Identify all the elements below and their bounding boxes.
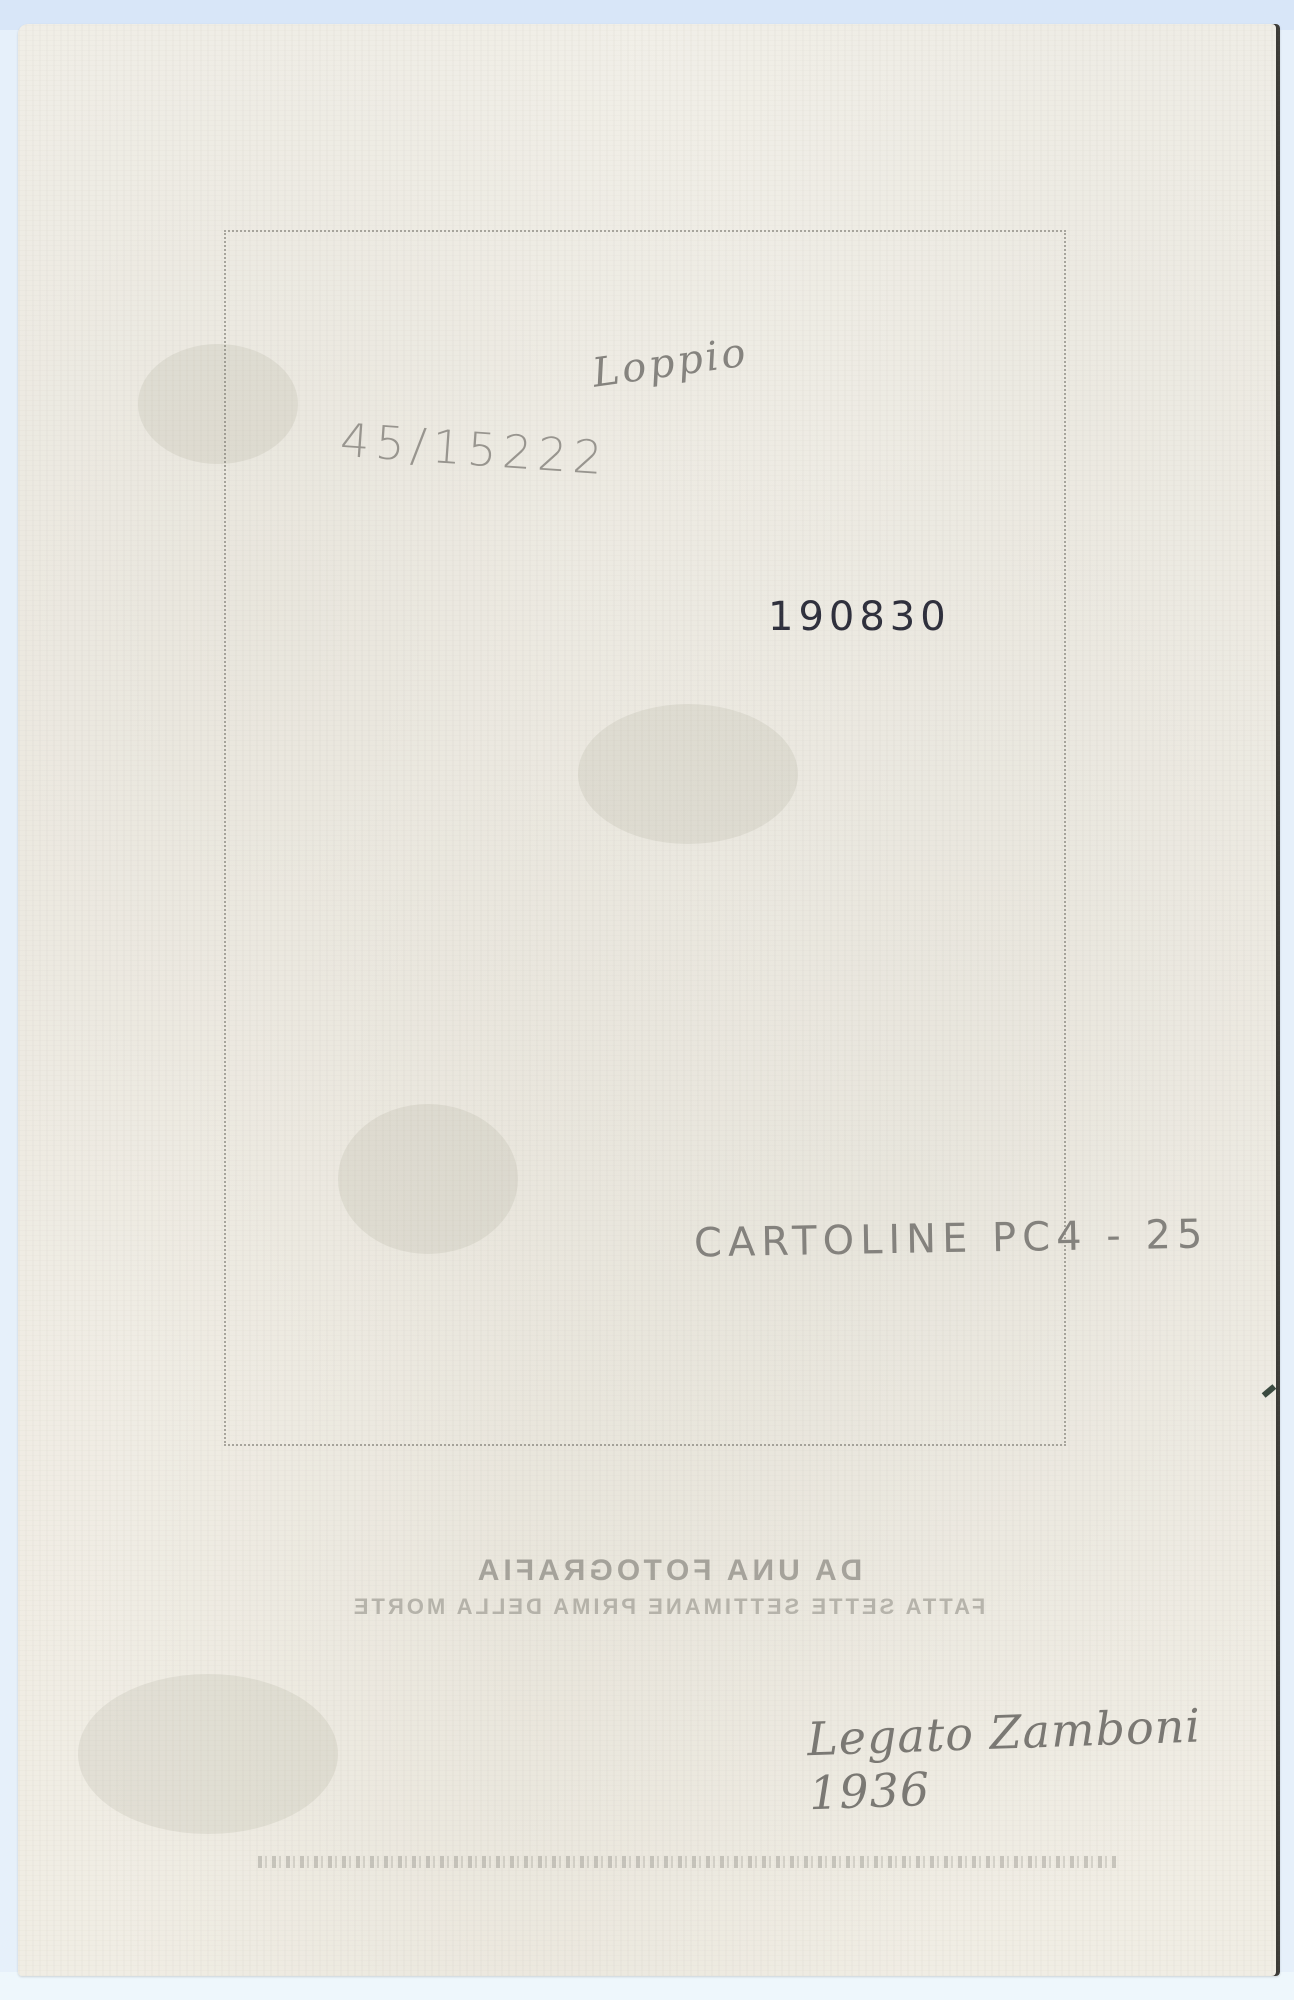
postcard-back: Loppio 45/15222 190830 CARTOLINE PC4 - 2… — [18, 24, 1280, 1976]
printer-imprint — [258, 1856, 1118, 1868]
caption-line-1: DA UNA FOTOGRAFIA — [238, 1554, 1098, 1588]
caption-line-2: FATTA SETTE SETTIMANE PRIMA DELLA MORTE — [238, 1594, 1098, 1620]
collection-annotation: CARTOLINE PC4 - 25 — [694, 1212, 1209, 1267]
catalog-number: 190830 — [768, 594, 951, 640]
printed-caption-show-through: DA UNA FOTOGRAFIA FATTA SETTE SETTIMANE … — [238, 1554, 1098, 1620]
paper-stain — [78, 1674, 338, 1834]
provenance-annotation: Legato Zamboni 1936 — [806, 1696, 1281, 1820]
scan-background-bottom — [0, 1972, 1294, 2000]
